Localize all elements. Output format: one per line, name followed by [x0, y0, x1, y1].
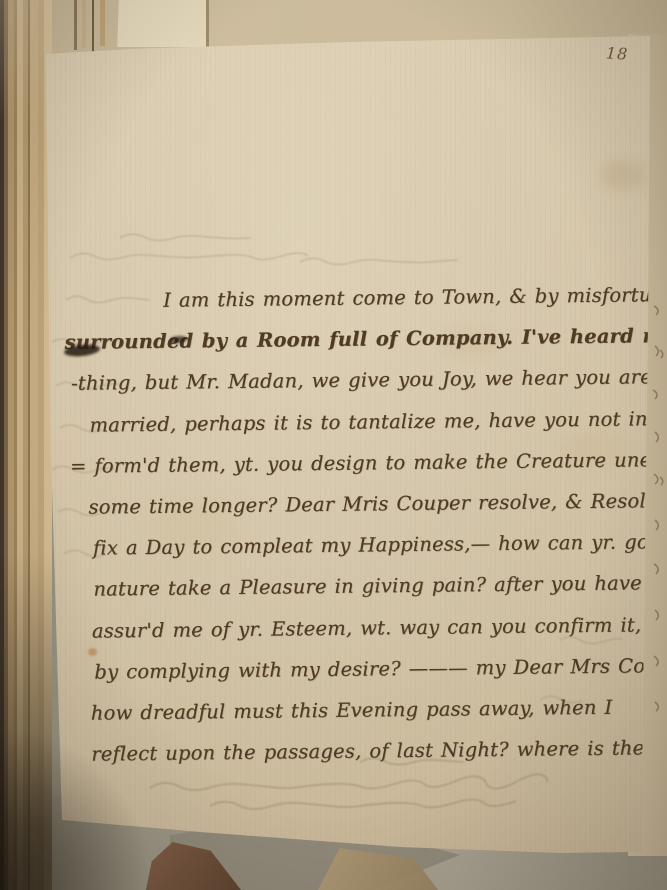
photograph-of-manuscript: 18 I am this moment come to Town, & by m…: [0, 0, 667, 890]
paper-stain: [600, 160, 646, 190]
letter-line: fix a Day to compleat my Happiness,— how…: [93, 530, 657, 578]
letter-line: I am this moment come to Town, & by misf…: [163, 283, 654, 330]
page-edge-seam: [206, 0, 209, 50]
letter-line: some time longer? Dear Mris Couper resol…: [88, 489, 656, 537]
background-sheet: [117, 0, 209, 47]
letter-line: -thing, but Mr. Madan, we give you Joy, …: [71, 366, 655, 414]
letter-line: by complying with my desire? ——— my Dear…: [94, 654, 658, 702]
letter-line: nature take a Pleasure in giving pain? a…: [93, 572, 657, 620]
page-edge: [82, 0, 86, 48]
letter-line: married, perhaps it is to tantalize me, …: [89, 407, 655, 455]
page-edge: [74, 0, 77, 50]
shadow: [0, 730, 150, 890]
letter-line: = form'd them, yt. you design to make th…: [70, 448, 656, 496]
folio-number: 18: [605, 43, 629, 64]
page-edge: [92, 0, 94, 52]
letter-line: reflect upon the passages, of last Night…: [91, 736, 659, 784]
page-edge: [100, 0, 105, 46]
letter-line: surrounded by a Room full of Company. I'…: [64, 324, 654, 372]
letter-body: I am this moment come to Town, & by misf…: [58, 283, 660, 784]
letter-line: assur'd me of yr. Esteem, wt. way can yo…: [92, 613, 658, 661]
letter-line: how dreadful must this Evening pass away…: [91, 695, 659, 743]
